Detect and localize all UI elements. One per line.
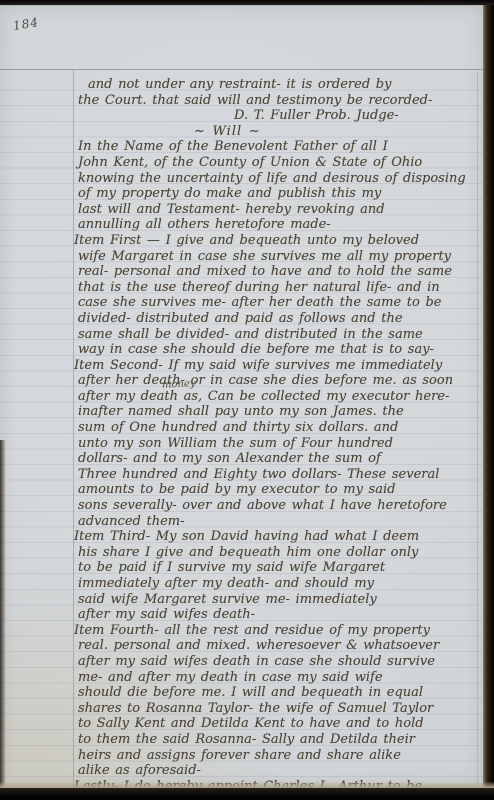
text-line: heirs and assigns forever share and shar… [78, 748, 484, 764]
text-line: should die before me. I will and bequeat… [78, 685, 484, 701]
interlinear-insertion: money [162, 378, 196, 391]
closing-line: the Court. that said will and testimony … [78, 93, 484, 109]
page-number: 184 [12, 15, 40, 33]
text-line: that is the use thereof during her natur… [78, 280, 484, 296]
closing-line: and not under any restraint- it is order… [88, 77, 484, 93]
text-line: Item First — I give and bequeath unto my… [74, 233, 484, 249]
text-line: of my property do make and publish this … [78, 186, 484, 202]
text-line: alike as aforesaid- [78, 763, 484, 779]
book-edge-bottom [0, 788, 494, 800]
book-edge-top [0, 0, 494, 5]
text-line: after my said wifes death in case she sh… [78, 654, 484, 670]
scanned-record-book: 184 and not under any restraint- it is o… [0, 0, 494, 800]
text-line: annulling all others heretofore made- [78, 217, 484, 233]
text-line: Item Fourth- all the rest and residue of… [74, 623, 484, 639]
text-line: real- personal and mixed to have and to … [78, 264, 484, 280]
text-line: after my death as, Can be collected my e… [78, 389, 484, 405]
text-line: wife Margaret in case she survives me al… [78, 249, 484, 265]
judge-signature: D. T. Fuller Prob. Judge- [234, 108, 484, 124]
text-line: said wife Margaret survive me- immediate… [78, 592, 484, 608]
text-line: In the Name of the Benevolent Father of … [78, 139, 484, 155]
book-edge-right [483, 0, 494, 800]
book-edge-left [0, 440, 6, 788]
text-line: divided- distributed and paid as follows… [78, 311, 484, 327]
text-line: his share I give and bequeath him one do… [78, 545, 484, 561]
text-line: knowing the uncertainty of life and desi… [78, 171, 484, 187]
ledger-page: 184 and not under any restraint- it is o… [0, 5, 484, 788]
text-line: after my said wifes death- [78, 607, 484, 623]
text-line: sons severally- over and above what I ha… [78, 498, 484, 514]
text-line: same shall be divided- and distributed i… [78, 327, 484, 343]
text-line: sum of One hundred and thirty six dollar… [78, 420, 484, 436]
text-line: advanced them- [78, 514, 484, 530]
text-line: immediately after my death- and should m… [78, 576, 484, 592]
text-line: amounts to be paid by my executor to my … [78, 482, 484, 498]
manuscript-text: and not under any restraint- it is order… [78, 77, 484, 794]
text-line: shares to Rosanna Taylor- the wife of Sa… [78, 701, 484, 717]
text-line: me- and after my death in case my said w… [78, 670, 484, 686]
text-line: Item Second- If my said wife survives me… [74, 358, 484, 374]
text-line: last will and Testament- hereby revoking… [78, 202, 484, 218]
text-line: case she survives me- after her death th… [78, 295, 484, 311]
text-line: after her death- or in case she dies bef… [78, 373, 484, 389]
text-line: real. personal and mixed. wheresoever & … [78, 638, 484, 654]
text-line: John Kent, of the County of Union & Stat… [78, 155, 484, 171]
text-line: to Sally Kent and Detilda Kent to have a… [78, 716, 484, 732]
text-line: inafter named shall pay unto my son Jame… [78, 404, 484, 420]
will-body: In the Name of the Benevolent Father of … [78, 139, 484, 794]
text-line: to be paid if I survive my said wife Mar… [78, 560, 484, 576]
left-margin-rule [73, 69, 74, 788]
text-line: to them the said Rosanna- Sally and Deti… [78, 732, 484, 748]
text-line: unto my son William the sum of Four hund… [78, 436, 484, 452]
text-line: Three hundred and Eighty two dollars- Th… [78, 467, 484, 483]
text-line: dollars- and to my son Alexander the sum… [78, 451, 484, 467]
text-line: Item Third- My son David having had what… [74, 529, 484, 545]
text-line: way in case she should die before me tha… [78, 342, 484, 358]
will-heading: ~ Will ~ [194, 124, 484, 140]
